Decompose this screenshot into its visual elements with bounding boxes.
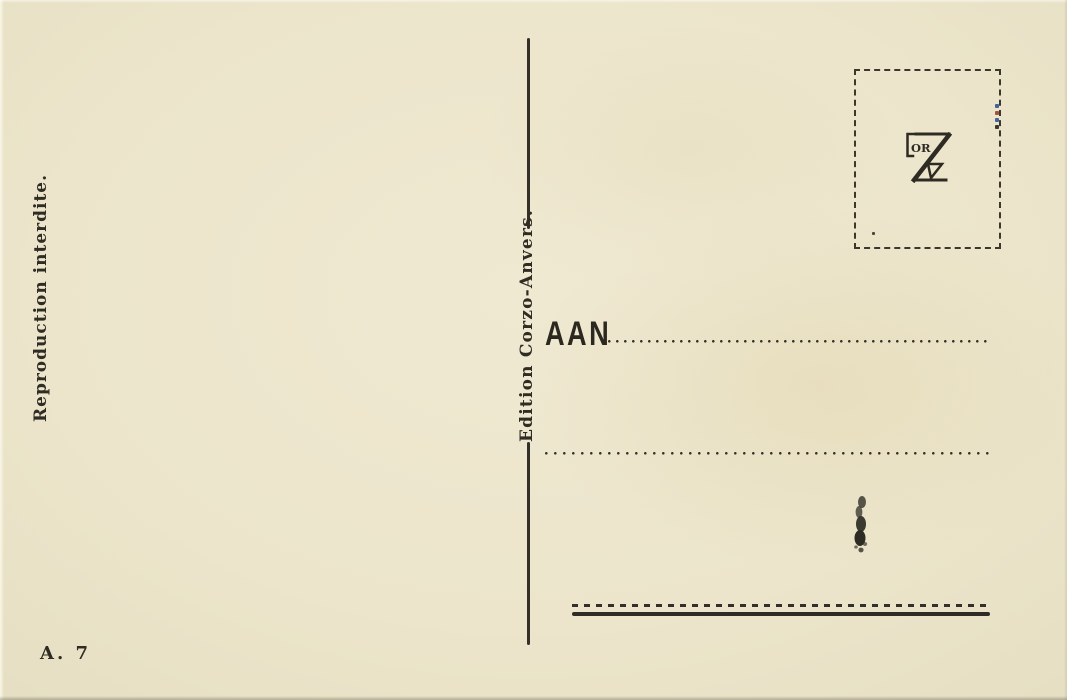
corzo-monogram-logo: OR [903, 129, 955, 193]
scan-edge-left [0, 0, 4, 700]
bottom-dashed-rule [572, 604, 989, 607]
monogram-or-letters: OR [911, 141, 931, 155]
divider-line-bottom [527, 442, 530, 645]
reproduction-notice: Reproduction interdite. [31, 206, 51, 422]
print-speck [995, 125, 999, 129]
print-speck [995, 111, 999, 115]
address-label: AAN [545, 315, 611, 354]
ink-smudge [848, 494, 874, 560]
scan-edge-bottom [0, 696, 1067, 700]
print-speck [872, 232, 875, 235]
divider-line-top [527, 38, 530, 229]
postcard-back: Reproduction interdite. A. 7 Edition Cor… [0, 0, 1067, 700]
address-dotted-line-1 [608, 340, 992, 343]
corzo-monogram-icon: OR [903, 129, 955, 189]
series-code: A. 7 [40, 643, 91, 664]
publisher-credit: Edition Corzo-Anvers. [517, 228, 537, 442]
bottom-solid-rule [572, 612, 990, 616]
address-dotted-line-2 [545, 452, 992, 455]
print-speck [995, 104, 999, 108]
scan-edge-top [0, 0, 1067, 3]
ink-smudge-shape [848, 494, 874, 556]
print-speck [995, 118, 999, 122]
